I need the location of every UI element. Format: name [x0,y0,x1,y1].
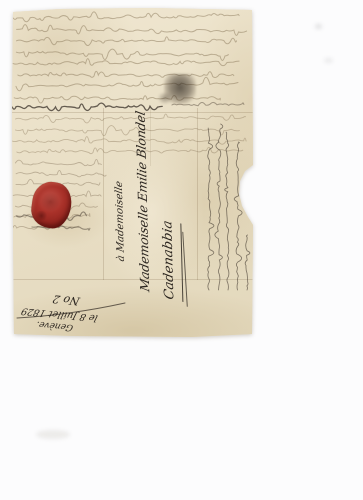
letter-paper: à Mademoiselle Mademoiselle Emilie Blond… [12,8,253,337]
docket-rotated-text: Genève. le 8 Juillet 1829 No 2 [16,280,128,338]
ink-blot [164,74,196,104]
letter-scan: à Mademoiselle Mademoiselle Emilie Blond… [0,0,363,500]
address-place-underlined: Cadenabbia [156,219,183,302]
address-block: à Mademoiselle Mademoiselle Emilie Blond… [108,115,178,301]
paper-shadow-wrapper: à Mademoiselle Mademoiselle Emilie Blond… [0,0,363,500]
address-rotated-text: à Mademoiselle Mademoiselle Emilie Blond… [108,115,178,301]
docket-block: Genève. le 8 Juillet 1829 No 2 [18,285,126,333]
